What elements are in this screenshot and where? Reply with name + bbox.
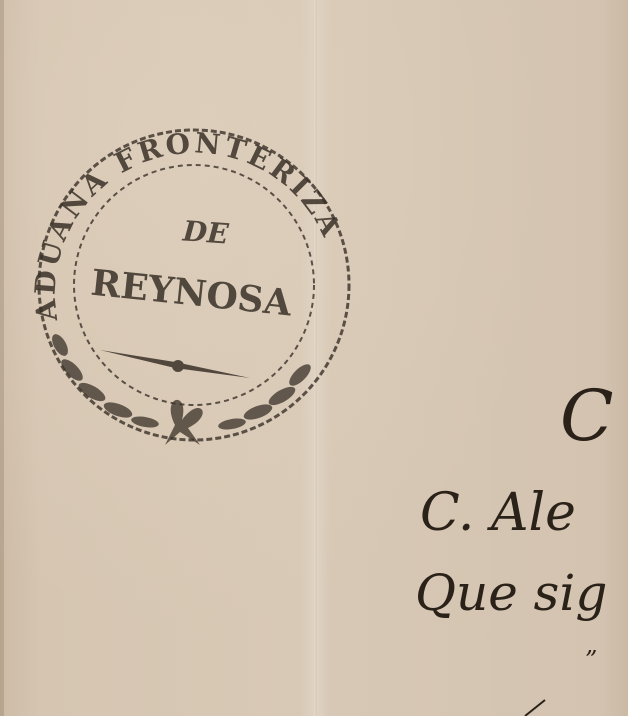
wreath-icon [49,332,314,445]
handwriting-line-2: C. Ale [420,483,576,543]
stamp-ornament-icon [100,350,250,378]
handwriting: C C. Ale Que sig ” [415,375,614,716]
stamp-reynosa-text: REYNOSA [89,262,295,325]
stamp-and-script-layer: ADUANA FRONTERIZA DE REYNOSA C C. Al [0,0,628,716]
handwriting-line-4: ” [585,646,597,674]
handwriting-line-1: C [560,375,614,457]
document-paper: ADUANA FRONTERIZA DE REYNOSA C C. Al [0,0,628,716]
handwriting-line-3: Que sig [415,564,607,622]
handwriting-stroke [525,700,545,716]
stamp-de-text: DE [181,214,230,250]
